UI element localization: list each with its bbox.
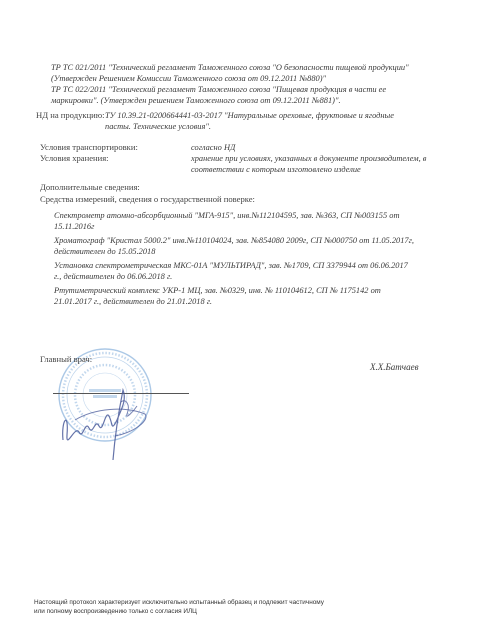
- instrument-spectrometer-date: 15.11.2016г: [54, 221, 94, 232]
- storage-conditions-value-cont: соответствии с которым изготовлено издел…: [191, 164, 361, 175]
- instrument-multirad: Установка спектрометрическая МКС-01А "МУ…: [54, 260, 408, 271]
- instrument-spectrometer: Спектрометр атомно-абсорбционный "МГА-91…: [54, 210, 400, 221]
- storage-conditions-label: Условия хранения:: [40, 153, 109, 164]
- storage-conditions-value: хранение при условиях, указанных в докум…: [191, 153, 426, 164]
- product-nd-value-cont: пасты. Технические условия".: [105, 121, 211, 132]
- footer-disclaimer-cont: или полному воспроизведению только с сог…: [34, 607, 197, 616]
- regulation-tr-ts-022-approval: маркировки". (Утвержден решением Таможен…: [51, 95, 341, 106]
- instruments-label: Средства измерений, сведения о государст…: [40, 194, 255, 205]
- instrument-chromatograph-validity: действителен до 15.05.2018: [54, 246, 155, 257]
- additional-info-label: Дополнительные сведения:: [40, 182, 140, 193]
- product-nd-value: ТУ 10.39.21-0200664441-03-2017 "Натураль…: [105, 110, 394, 121]
- regulation-tr-ts-022: ТР ТС 022/2011 "Технический регламент Та…: [51, 84, 386, 95]
- instrument-chromatograph: Хроматограф "Кристал 5000.2" инв.№110104…: [54, 235, 414, 246]
- chief-doctor-label: Главный врач:: [40, 354, 92, 365]
- product-nd-label: НД на продукцию:: [36, 110, 105, 121]
- footer-disclaimer: Настоящий протокол характеризует исключи…: [34, 598, 324, 607]
- handwritten-signature-icon: [55, 380, 165, 465]
- transport-conditions-value: согласно НД: [191, 142, 235, 153]
- regulation-tr-ts-021: ТР ТС 021/2011 "Технический регламент Та…: [51, 62, 409, 73]
- instrument-mercury-complex-validity: 21.01.2017 г., действителен до 21.01.201…: [54, 296, 212, 307]
- regulation-tr-ts-021-approval: (Утвержден Решением Комиссии Таможенного…: [51, 73, 326, 84]
- transport-conditions-label: Условия транспортировки:: [40, 142, 138, 153]
- instrument-multirad-validity: г., действителен до 06.06.2018 г.: [54, 271, 172, 282]
- chief-doctor-name: Х.Х.Батчаев: [370, 362, 419, 373]
- instrument-mercury-complex: Ртутиметрический комплекс УКР-1 МЦ, зав.…: [54, 285, 381, 296]
